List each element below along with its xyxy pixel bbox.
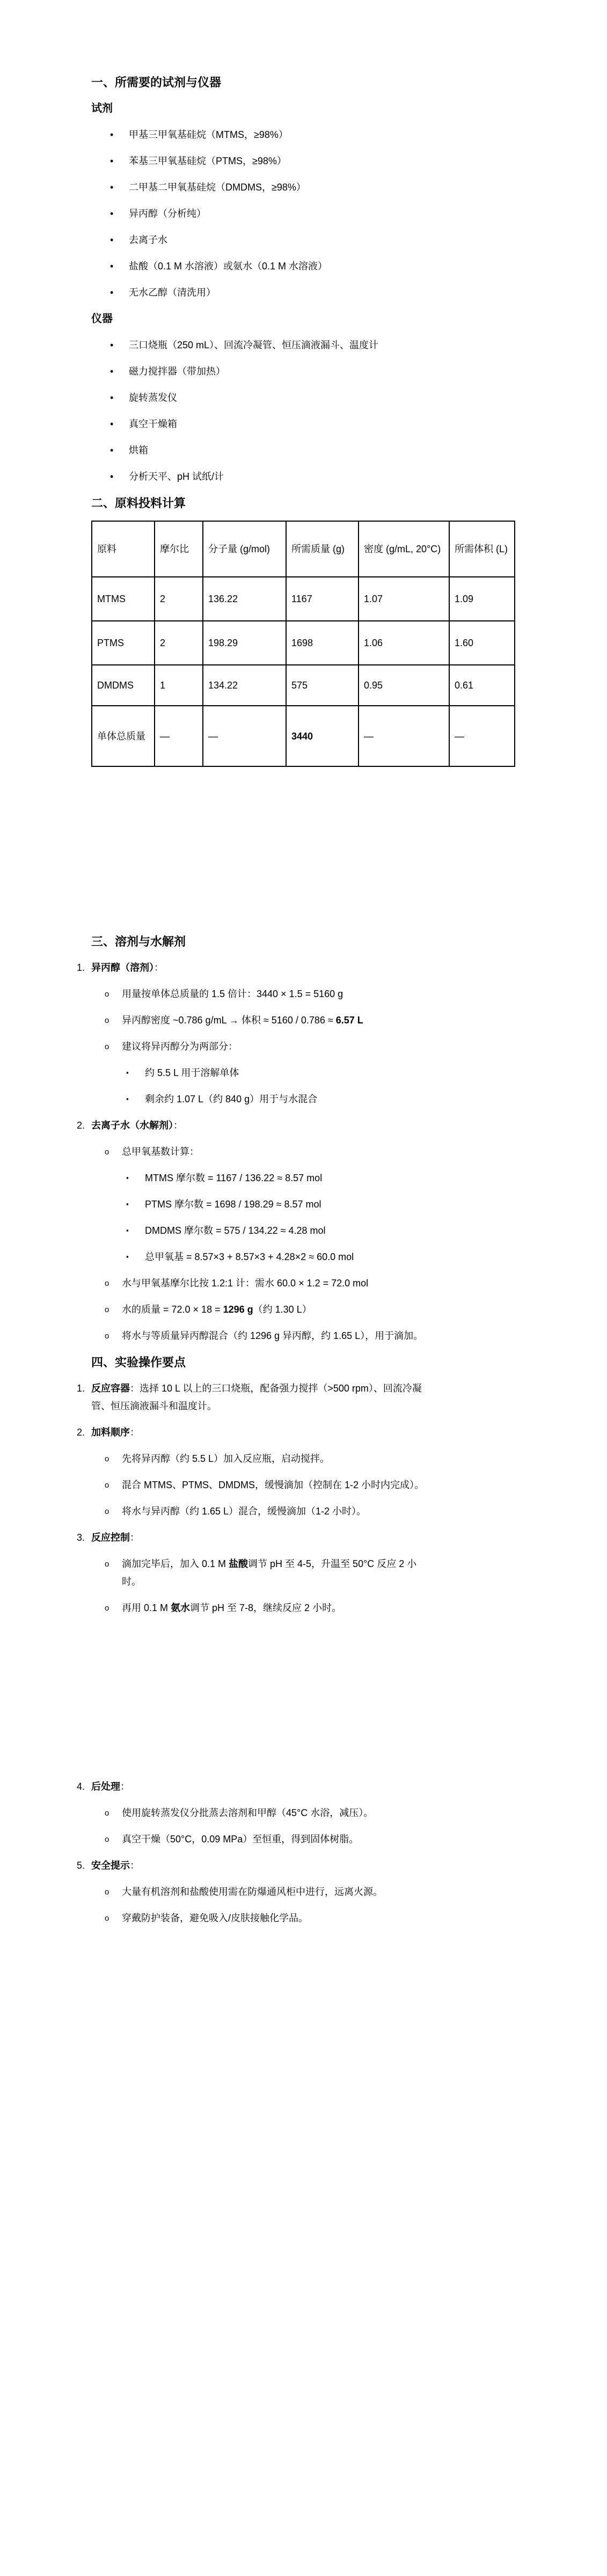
table-cell: —: [359, 706, 449, 766]
list-item: o 滴加完毕后，加入 0.1 M 盐酸调节 pH 至 4-5，升温至 50°C …: [91, 1555, 545, 1591]
item-text: 再用 0.1 M 氨水调节 pH 至 7-8，继续反应 2 小时。: [122, 1602, 341, 1613]
table-cell: 136.22: [203, 577, 286, 621]
reagents-subheading: 试剂: [91, 100, 545, 118]
square-bullet-icon: ▪: [126, 1248, 129, 1265]
list-item: o 混合 MTMS、PTMS、DMDMS，缓慢滴加（控制在 1-2 小时内完成）…: [91, 1476, 545, 1494]
table-cell: 单体总质量: [92, 706, 155, 766]
reagent-item: • 苯基三甲氧基硅烷（PTMS，≥98%）: [91, 152, 545, 170]
section-title-4: 四、实验操作要点: [91, 1353, 545, 1371]
item-text: 总甲氧基 = 8.57×3 + 8.57×3 + 4.28×2 ≈ 60.0 m…: [145, 1252, 354, 1262]
instrument-item: • 分析天平、pH 试纸/计: [91, 468, 545, 486]
table-header-row: 原料 摩尔比 分子量 (g/mol) 所需质量 (g) 密度 (g/mL, 20…: [92, 521, 515, 577]
bullet-icon: •: [110, 152, 113, 170]
reagent-item: • 异丙醇（分析纯）: [91, 205, 545, 223]
circle-bullet-icon: o: [105, 1143, 109, 1161]
table-cell: 1.07: [359, 577, 449, 621]
table-row: DMDMS 1 134.22 575 0.95 0.61: [92, 665, 515, 706]
instrument-text: 磁力搅拌器（带加热）: [129, 366, 225, 377]
bullet-icon: •: [110, 179, 113, 196]
sub-list-item: ▪ 剩余约 1.07 L（约 840 g）用于与水混合: [91, 1091, 545, 1108]
list-item: o 异丙醇密度 ~0.786 g/mL → 体积 ≈ 5160 / 0.786 …: [91, 1012, 545, 1029]
table-header-cell: 原料: [92, 521, 155, 577]
circle-bullet-icon: o: [105, 1012, 109, 1029]
list-number: 5.: [77, 1857, 85, 1875]
item-text: MTMS 摩尔数 = 1167 / 136.22 ≈ 8.57 mol: [145, 1173, 322, 1183]
table-header-cell: 密度 (g/mL, 20°C): [359, 521, 449, 577]
item-text: 去离子水（水解剂）：: [91, 1120, 183, 1131]
list-item: o 穿戴防护装备，避免吸入/皮肤接触化学品。: [91, 1909, 545, 1927]
item-text: 穿戴防护装备，避免吸入/皮肤接触化学品。: [122, 1913, 308, 1923]
table-cell: 1.60: [449, 621, 515, 665]
table-cell: 1.06: [359, 621, 449, 665]
item-text: 反应控制：: [91, 1532, 140, 1543]
list-item: o 用量按单体总质量的 1.5 倍计：3440 × 1.5 = 5160 g: [91, 985, 545, 1003]
list-number: 4.: [77, 1778, 85, 1796]
table-cell: —: [155, 706, 203, 766]
bullet-icon: •: [110, 468, 113, 486]
item-text: 大量有机溶剂和盐酸使用需在防爆通风柜中进行，远离火源。: [122, 1886, 383, 1897]
instrument-item: • 烘箱: [91, 442, 545, 459]
reagent-text: 甲基三甲氧基硅烷（MTMS，≥98%）: [129, 129, 288, 140]
bullet-icon: •: [110, 284, 113, 302]
table-cell: 2: [155, 621, 203, 665]
instrument-text: 旋转蒸发仪: [129, 392, 177, 403]
circle-bullet-icon: o: [105, 985, 109, 1003]
reagent-text: 异丙醇（分析纯）: [129, 208, 206, 219]
circle-bullet-icon: o: [105, 1301, 109, 1319]
list-item: o 建议将异丙醇分为两部分：: [91, 1038, 545, 1056]
table-cell: 1.09: [449, 577, 515, 621]
bullet-icon: •: [110, 442, 113, 459]
reagent-text: 去离子水: [129, 235, 167, 245]
list-item: o 水的质量 = 72.0 × 18 = 1296 g（约 1.30 L）: [91, 1301, 545, 1319]
square-bullet-icon: ▪: [126, 1064, 129, 1081]
table-cell: —: [449, 706, 515, 766]
table-cell: 198.29: [203, 621, 286, 665]
list-number: 2.: [77, 1424, 85, 1441]
table-cell: MTMS: [92, 577, 155, 621]
list-number: 1.: [77, 1380, 85, 1397]
table-cell: —: [203, 706, 286, 766]
item-text: 异丙醇密度 ~0.786 g/mL → 体积 ≈ 5160 / 0.786 ≈ …: [122, 1015, 363, 1026]
list-item: o 使用旋转蒸发仪分批蒸去溶剂和甲醇（45°C 水浴，减压）。: [91, 1804, 545, 1822]
page-break-gap: [91, 1626, 545, 1778]
sub-list-item: ▪ PTMS 摩尔数 = 1698 / 198.29 ≈ 8.57 mol: [91, 1196, 545, 1213]
square-bullet-icon: ▪: [126, 1221, 129, 1239]
document-page: { "bullets": { "l1": "•", "l2": "o", "l3…: [0, 0, 607, 2576]
instrument-item: • 真空干燥箱: [91, 415, 545, 433]
circle-bullet-icon: o: [105, 1038, 109, 1056]
page-break-gap: [91, 767, 545, 933]
square-bullet-icon: ▪: [126, 1195, 129, 1213]
item-text: 使用旋转蒸发仪分批蒸去溶剂和甲醇（45°C 水浴，减压）。: [122, 1807, 373, 1818]
item-text: 滴加完毕后，加入 0.1 M 盐酸调节 pH 至 4-5，升温至 50°C 反应…: [122, 1558, 416, 1587]
item-text: 约 5.5 L 用于溶解单体: [145, 1067, 239, 1078]
table-cell: 1: [155, 665, 203, 706]
bullet-icon: •: [110, 336, 113, 354]
bullet-icon: •: [110, 363, 113, 380]
circle-bullet-icon: o: [105, 1883, 109, 1901]
list-item: o 先将异丙醇（约 5.5 L）加入反应瓶，启动搅拌。: [91, 1450, 545, 1468]
list-item: o 将水与异丙醇（约 1.65 L）混合，缓慢滴加（1-2 小时）。: [91, 1503, 545, 1520]
table-cell: 0.61: [449, 665, 515, 706]
item-text: 真空干燥（50°C，0.09 MPa）至恒重，得到固体树脂。: [122, 1834, 359, 1845]
list-item: o 将水与等质量异丙醇混合（约 1296 g 异丙醇，约 1.65 L），用于滴…: [91, 1327, 545, 1345]
item-text: PTMS 摩尔数 = 1698 / 198.29 ≈ 8.57 mol: [145, 1199, 321, 1210]
instruments-subheading: 仪器: [91, 310, 545, 328]
square-bullet-icon: ▪: [126, 1169, 129, 1187]
table-cell: 1167: [286, 577, 359, 621]
list-number: 1.: [77, 959, 85, 977]
bullet-icon: •: [110, 231, 113, 249]
item-text: 先将异丙醇（约 5.5 L）加入反应瓶，启动搅拌。: [122, 1453, 330, 1464]
list-item: o 再用 0.1 M 氨水调节 pH 至 7-8，继续反应 2 小时。: [91, 1599, 545, 1617]
circle-bullet-icon: o: [105, 1450, 109, 1468]
reagent-text: 二甲基二甲氧基硅烷（DMDMS，≥98%）: [129, 182, 306, 193]
circle-bullet-icon: o: [105, 1831, 109, 1848]
table-header-cell: 摩尔比: [155, 521, 203, 577]
section-title-2: 二、原料投料计算: [91, 494, 545, 512]
table-cell: 1698: [286, 621, 359, 665]
section-title-1: 一、所需要的试剂与仪器: [91, 74, 545, 91]
numbered-item: 1. 异丙醇（溶剂）：: [91, 959, 545, 977]
item-text: 混合 MTMS、PTMS、DMDMS，缓慢滴加（控制在 1-2 小时内完成）。: [122, 1480, 424, 1490]
item-text: 将水与等质量异丙醇混合（约 1296 g 异丙醇，约 1.65 L），用于滴加。: [122, 1330, 423, 1341]
table-header-cell: 分子量 (g/mol): [203, 521, 286, 577]
numbered-item: 5. 安全提示：: [91, 1857, 545, 1875]
circle-bullet-icon: o: [105, 1555, 109, 1573]
item-text: 水与甲氧基摩尔比按 1.2:1 计：需水 60.0 × 1.2 = 72.0 m…: [122, 1278, 368, 1289]
reagent-item: • 二甲基二甲氧基硅烷（DMDMS，≥98%）: [91, 179, 545, 196]
circle-bullet-icon: o: [105, 1327, 109, 1345]
table-cell: DMDMS: [92, 665, 155, 706]
circle-bullet-icon: o: [105, 1503, 109, 1520]
instrument-item: • 三口烧瓶（250 mL）、回流冷凝管、恒压滴液漏斗、温度计: [91, 336, 545, 354]
document-content: 一、所需要的试剂与仪器 试剂 • 甲基三甲氧基硅烷（MTMS，≥98%） • 苯…: [91, 0, 545, 1927]
circle-bullet-icon: o: [105, 1599, 109, 1617]
item-text: 用量按单体总质量的 1.5 倍计：3440 × 1.5 = 5160 g: [122, 989, 343, 999]
table-row: MTMS 2 136.22 1167 1.07 1.09: [92, 577, 515, 621]
bullet-icon: •: [110, 126, 113, 144]
numbered-item: 4. 后处理：: [91, 1778, 545, 1796]
item-text: 后处理：: [91, 1781, 130, 1792]
table-header-cell: 所需体积 (L): [449, 521, 515, 577]
reagent-text: 无水乙醇（清洗用）: [129, 287, 216, 298]
circle-bullet-icon: o: [105, 1909, 109, 1927]
instrument-item: • 磁力搅拌器（带加热）: [91, 363, 545, 380]
item-text: 异丙醇（溶剂）：: [91, 962, 164, 973]
sub-list-item: ▪ DMDMS 摩尔数 = 575 / 134.22 ≈ 4.28 mol: [91, 1222, 545, 1240]
instrument-text: 三口烧瓶（250 mL）、回流冷凝管、恒压滴液漏斗、温度计: [129, 340, 378, 350]
table-cell: 575: [286, 665, 359, 706]
item-text: 剩余约 1.07 L（约 840 g）用于与水混合: [145, 1094, 317, 1104]
instrument-item: • 旋转蒸发仪: [91, 389, 545, 407]
numbered-item: 2. 去离子水（水解剂）：: [91, 1117, 545, 1135]
numbered-item: 1. 反应容器：选择 10 L 以上的三口烧瓶，配备强力搅拌（>500 rpm）…: [91, 1380, 545, 1415]
list-number: 2.: [77, 1117, 85, 1135]
bullet-icon: •: [110, 415, 113, 433]
table-row: PTMS 2 198.29 1698 1.06 1.60: [92, 621, 515, 665]
item-text: 建议将异丙醇分为两部分：: [122, 1041, 238, 1052]
item-text: 水的质量 = 72.0 × 18 = 1296 g（约 1.30 L）: [122, 1304, 312, 1315]
item-text: 总甲氧基数计算：: [122, 1146, 199, 1157]
instrument-text: 真空干燥箱: [129, 419, 177, 429]
bullet-icon: •: [110, 258, 113, 275]
bullet-icon: •: [110, 205, 113, 223]
instrument-text: 烘箱: [129, 445, 148, 456]
list-item: o 水与甲氧基摩尔比按 1.2:1 计：需水 60.0 × 1.2 = 72.0…: [91, 1275, 545, 1292]
list-item: o 大量有机溶剂和盐酸使用需在防爆通风柜中进行，远离火源。: [91, 1883, 545, 1901]
table-cell: 0.95: [359, 665, 449, 706]
table-cell: PTMS: [92, 621, 155, 665]
item-text: DMDMS 摩尔数 = 575 / 134.22 ≈ 4.28 mol: [145, 1225, 326, 1236]
numbered-item: 2. 加料顺序：: [91, 1424, 545, 1441]
section-title-3: 三、溶剂与水解剂: [91, 933, 545, 950]
circle-bullet-icon: o: [105, 1275, 109, 1292]
list-item: o 总甲氧基数计算：: [91, 1143, 545, 1161]
circle-bullet-icon: o: [105, 1476, 109, 1494]
list-number: 3.: [77, 1529, 85, 1547]
item-text: 反应容器：选择 10 L 以上的三口烧瓶，配备强力搅拌（>500 rpm）、回流…: [91, 1383, 422, 1411]
table-cell-total-mass: 3440: [286, 706, 359, 766]
item-text: 将水与异丙醇（约 1.65 L）混合，缓慢滴加（1-2 小时）。: [122, 1506, 366, 1517]
instrument-text: 分析天平、pH 试纸/计: [129, 471, 224, 482]
table-total-row: 单体总质量 — — 3440 — —: [92, 706, 515, 766]
reagent-item: • 无水乙醇（清洗用）: [91, 284, 545, 302]
item-text: 加料顺序：: [91, 1427, 140, 1438]
table-cell: 134.22: [203, 665, 286, 706]
reagent-item: • 盐酸（0.1 M 水溶液）或氨水（0.1 M 水溶液）: [91, 258, 545, 275]
table-header-cell: 所需质量 (g): [286, 521, 359, 577]
materials-table: 原料 摩尔比 分子量 (g/mol) 所需质量 (g) 密度 (g/mL, 20…: [91, 521, 515, 767]
sub-list-item: ▪ 约 5.5 L 用于溶解单体: [91, 1064, 545, 1082]
bullet-icon: •: [110, 389, 113, 407]
table-cell: 2: [155, 577, 203, 621]
numbered-item: 3. 反应控制：: [91, 1529, 545, 1547]
sub-list-item: ▪ 总甲氧基 = 8.57×3 + 8.57×3 + 4.28×2 ≈ 60.0…: [91, 1248, 545, 1266]
reagent-text: 苯基三甲氧基硅烷（PTMS，≥98%）: [129, 156, 287, 166]
square-bullet-icon: ▪: [126, 1090, 129, 1108]
reagent-item: • 甲基三甲氧基硅烷（MTMS，≥98%）: [91, 126, 545, 144]
sub-list-item: ▪ MTMS 摩尔数 = 1167 / 136.22 ≈ 8.57 mol: [91, 1169, 545, 1187]
list-item: o 真空干燥（50°C，0.09 MPa）至恒重，得到固体树脂。: [91, 1831, 545, 1848]
item-text: 安全提示：: [91, 1860, 140, 1871]
reagent-item: • 去离子水: [91, 231, 545, 249]
reagent-text: 盐酸（0.1 M 水溶液）或氨水（0.1 M 水溶液）: [129, 261, 327, 272]
circle-bullet-icon: o: [105, 1804, 109, 1822]
